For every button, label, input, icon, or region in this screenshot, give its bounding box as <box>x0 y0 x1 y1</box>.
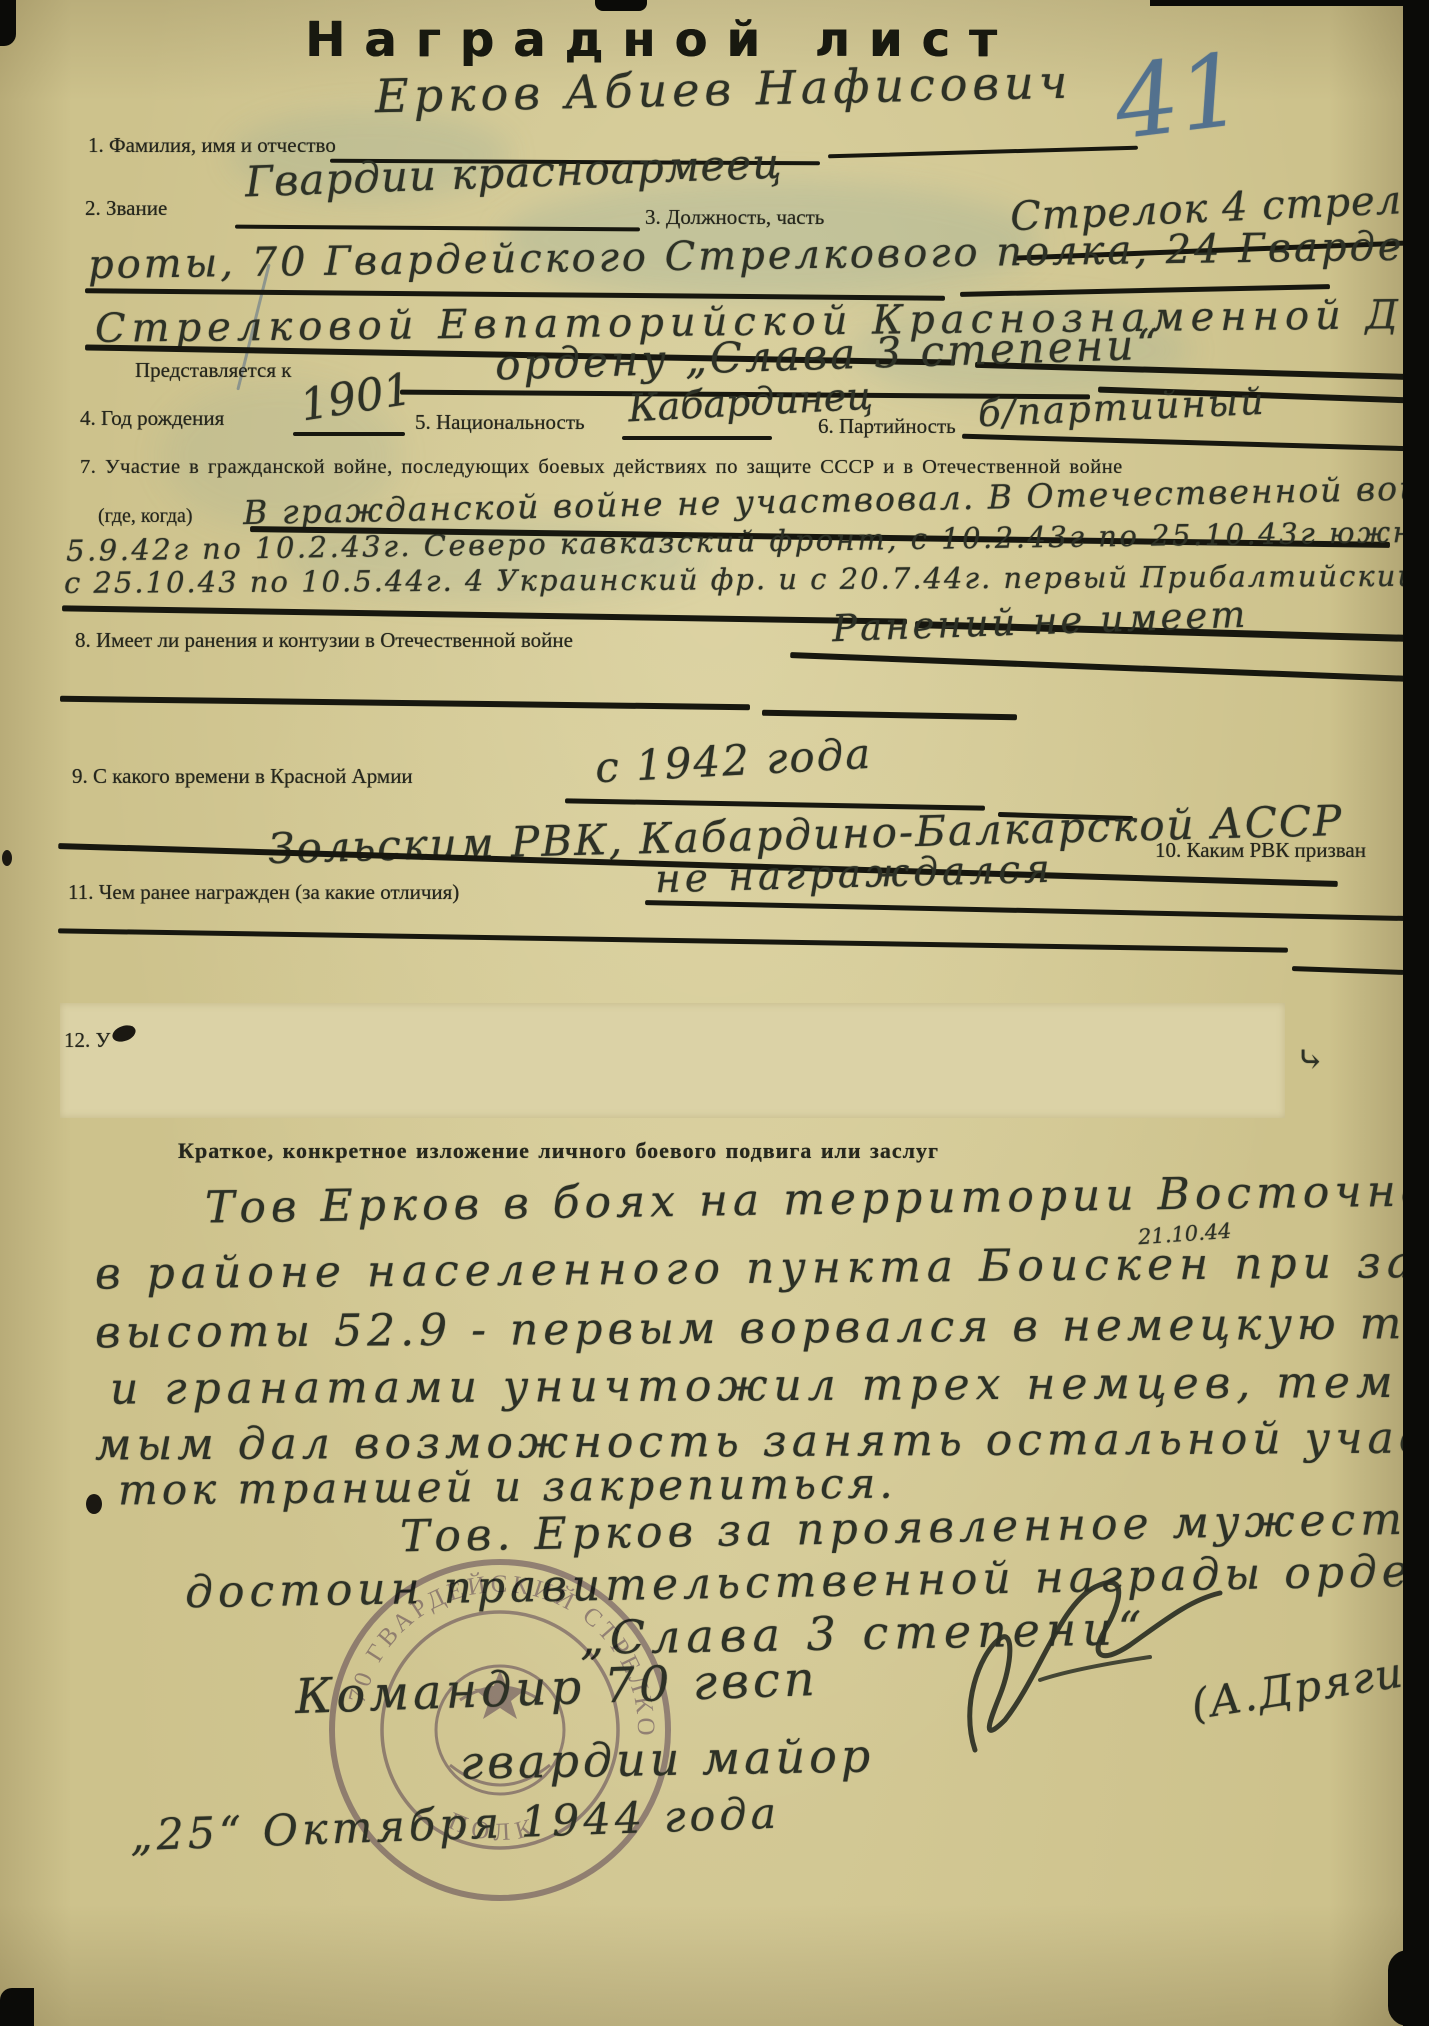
citation-line-4: и гранатами уничтожил трех немцев, тем с… <box>110 1356 1429 1414</box>
present-label: Представляется к <box>135 358 291 383</box>
field-2-label: 2. Звание <box>85 196 167 221</box>
citation-line-1: Тов Ерков в боях на территории Восточной… <box>205 1161 1429 1233</box>
field-9-value: с 1942 года <box>594 729 873 792</box>
citation-line-2: в районе населенного пункта Боискен при … <box>95 1235 1429 1299</box>
field-5-label: 5. Национальность <box>415 410 585 435</box>
commander-title-line-2: гвардии майор <box>460 1728 875 1789</box>
form-line <box>790 652 1410 682</box>
form-line <box>60 696 750 710</box>
form-line <box>58 928 1288 952</box>
field-11-value: не награждался <box>654 847 1054 902</box>
paper-hole <box>86 1494 102 1514</box>
form-line <box>828 146 1138 159</box>
citation-heading: Краткое, конкретное изложение личного бо… <box>178 1138 939 1164</box>
field-4-label: 4. Год рождения <box>80 406 224 431</box>
corner-number: 41 <box>1108 31 1249 163</box>
field-9-label: 9. С какого времени в Красной Армии <box>72 764 413 789</box>
award-sheet-document: Наградной лист 41 1. Фамилия, имя и отче… <box>0 0 1429 2026</box>
field-8-value: Ранений не имеет <box>831 593 1249 651</box>
field-12-fragment: 12. У <box>64 1028 110 1053</box>
unit-stamp: 70 ГВАРДЕЙСКИЙ СТРЕЛКОВЫЙ ПОЛК <box>320 1550 680 1910</box>
field-4-value: 1901 <box>297 364 416 432</box>
stray-mark: ⤷ <box>1296 1040 1325 1080</box>
page-edge-mark <box>595 0 647 11</box>
field-6-value: б/партийный <box>977 380 1266 436</box>
form-line <box>293 432 405 436</box>
form-line <box>762 710 1017 720</box>
field-3-label: 3. Должность, часть <box>645 205 824 230</box>
field-7-label: 7. Участие в гражданской войне, последую… <box>80 456 1123 479</box>
page-edge-mark <box>0 1988 34 2026</box>
paper-hole <box>2 850 12 866</box>
field-11-label: 11. Чем ранее награжден (за какие отличи… <box>68 880 459 905</box>
page-edge-right <box>1403 0 1429 2026</box>
citation-line-3: высоты 52.9 - первым ворвался в немецкую… <box>95 1297 1429 1359</box>
field-7-sublabel: (где, когда) <box>98 505 193 528</box>
commander-signature <box>920 1545 1260 1785</box>
field-3-value-2: роты, 70 Гвардейского Стрелкового полка,… <box>88 222 1429 288</box>
page-edge-mark <box>1388 1950 1429 2026</box>
field-6-label: 6. Партийность <box>818 414 956 439</box>
page-edge-mark <box>1150 0 1406 6</box>
form-line <box>645 900 1405 921</box>
form-line <box>1292 966 1404 975</box>
form-line <box>962 434 1412 452</box>
form-line <box>622 436 772 440</box>
field-1-label: 1. Фамилия, имя и отчество <box>88 133 336 158</box>
form-line <box>235 225 640 232</box>
form-line <box>62 605 907 624</box>
page-edge-mark <box>0 0 16 46</box>
redaction-box <box>60 1003 1285 1118</box>
field-8-label: 8. Имеет ли ранения и контузии в Отечест… <box>75 628 573 653</box>
